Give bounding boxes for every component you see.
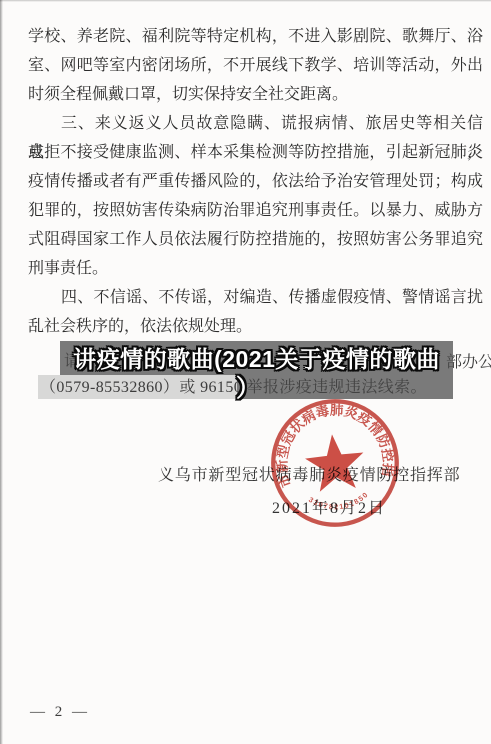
notice-body: 学校、养老院、福利院等特定机构，不进入影剧院、歌舞厅、浴 室、网吧等室内密闭场所… [28, 22, 483, 341]
body-line: 三、来义返义人员故意隐瞒、谎报病情、旅居史等相关信息， [28, 109, 483, 138]
body-line: 四、不信谣、不传谣，对编造、传播虚假疫情、警情谣言扰 [28, 283, 483, 312]
body-line: 室、网吧等室内密闭场所，不开展线下教学、培训等活动，外出 [28, 51, 483, 80]
body-line: 或拒不接受健康监测、样本采集检测等防控措施，引起新冠肺炎 [28, 138, 483, 167]
seal-code: 330782101850 [306, 489, 371, 515]
scanned-notice-page: 学校、养老院、福利院等特定机构，不进入影剧院、歌舞厅、浴 室、网吧等室内密闭场所… [0, 0, 491, 744]
banner-title-closing-paren: ） [228, 368, 268, 403]
body-line: 乱社会秩序的，依法依规处理。 [28, 312, 483, 341]
body-line: 刑事责任。 [28, 254, 483, 283]
scan-edge-top [0, 0, 491, 2]
body-line: 时须全程佩戴口罩，切实保持安全社交距离。 [28, 80, 483, 109]
seal-star-icon [303, 431, 367, 493]
body-line: 学校、养老院、福利院等特定机构，不进入影剧院、歌舞厅、浴 [28, 22, 483, 51]
body-line: 犯罪的，按照妨害传染病防治罪追究刑事责任。以暴力、威胁方 [28, 196, 483, 225]
body-line: 疫情传播或者有严重传播风险的，依法给予治安管理处罚；构成 [28, 167, 483, 196]
official-seal: 义乌市新型冠状病毒肺炎疫情防控指挥部 330782101850 [263, 391, 407, 535]
scan-edge-left [0, 0, 3, 744]
body-line: 式阻碍国家工作人员依法履行防控措施的，按照妨害公务罪追究 [28, 225, 483, 254]
banner-overlay-lower-light [38, 375, 237, 399]
page-number: — 2 — [30, 704, 90, 721]
